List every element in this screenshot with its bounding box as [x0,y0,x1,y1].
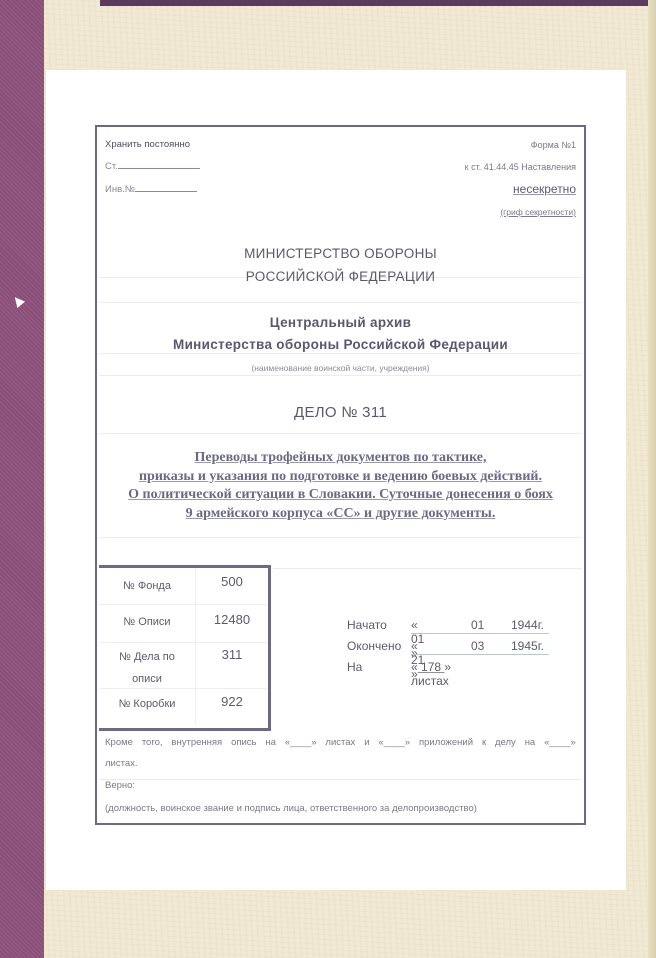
word: на [265,737,276,748]
folder-spine [0,0,44,958]
subject-line: 9 армейского корпуса «СС» и другие докум… [186,506,496,521]
table-border [268,568,271,728]
word: на [525,737,536,748]
word: листах [325,737,355,748]
sheets-value: « 178 » листах [411,660,451,688]
opis-number: 12480 [214,612,250,627]
case-cover-form: Хранить постоянно Ст. Инв.№ Форма №1 к с… [95,125,586,825]
ruling-line [273,568,582,569]
delo-number: 311 [222,647,243,662]
inv-field: Инв.№ [105,184,197,195]
st-label: Ст. [105,161,118,172]
table-row: № Описи 12480 [99,604,268,643]
ruling-line [99,433,582,434]
sheet-number: 178 [421,660,441,674]
finished-label: Окончено [347,639,401,653]
subject-line: О политической ситуации в Словакии. Суто… [128,487,553,502]
inventory-statement-end: листах. [105,758,138,769]
attachment-sheets-blank: «____» [544,737,576,748]
inventory-statement: Кроме того, внутренняя опись на «____» л… [105,737,576,748]
responsible-caption: (должность, воинское звание и подпись ли… [105,803,477,814]
ruling-line [99,537,582,538]
archive-caption: (наименование воинской части, учреждения… [97,363,584,373]
fond-label: № Фонда [99,575,195,597]
word: делу [495,737,516,748]
opis-label: № Описи [99,611,195,633]
ruling-line [99,375,582,376]
ruling-line [99,302,582,303]
fond-number: 500 [221,574,243,589]
box-label: № Коробки [99,693,195,715]
finished-year: 1945г. [511,639,544,653]
sheets-count: 178 [418,660,445,674]
identifiers-table: № Фонда 500 № Описи 12480 № Дела по опис… [99,565,271,731]
ministry-line-1: МИНИСТЕРСТВО ОБОРОНЫ [97,246,584,261]
started-label: Начато [347,618,387,632]
fond-value: 500 [195,568,268,604]
word: опись [231,737,256,748]
started-month: 01 [471,618,484,632]
delo-label: № Дела по описи [99,646,195,690]
table-row: № Дела по описи 311 [99,642,268,689]
inv-label: Инв.№ [105,184,135,195]
word: к [482,737,486,748]
box-number: 922 [221,694,243,709]
classification-stamp: несекретно [513,182,576,196]
case-title: ДЕЛО № 311 [97,404,584,421]
archive-line-1: Центральный архив [97,315,584,330]
attachments-blank: «____» [378,737,410,748]
word: внутренняя [171,737,222,748]
verified-label: Верно: [105,780,135,791]
word: того, [142,737,163,748]
started-year: 1944г. [511,618,544,632]
ruling-line [99,779,582,780]
sheets-label: На [347,660,362,674]
folder-top-edge [100,0,656,6]
word: приложений [419,737,473,748]
subject-line: приказы и указания по подготовке и веден… [139,469,542,484]
box-value: 922 [195,688,268,725]
ministry-line-2: РОССИЙСКОЙ ФЕДЕРАЦИИ [97,269,584,284]
quote-open: « [411,660,418,674]
word: Кроме [105,737,133,748]
ruling-line [99,353,582,354]
st-field: Ст. [105,161,200,172]
storage-period: Хранить постоянно [105,139,190,150]
word: и [364,737,369,748]
table-row: № Фонда 500 [99,568,268,605]
st-blank [118,168,200,169]
inventory-sheets-blank: «____» [285,737,317,748]
delo-value: 311 [195,642,268,688]
folder-right-edge [648,0,656,958]
inv-blank [135,191,197,192]
classification-caption: (гриф секретности) [500,207,576,217]
case-subject: Переводы трофейных документов по тактике… [97,449,584,523]
date-underline [411,654,549,655]
finished-month: 03 [471,639,484,653]
form-number: Форма №1 [531,140,576,150]
subject-line: Переводы трофейных документов по тактике… [194,450,486,465]
table-row: № Коробки 922 [99,688,268,725]
regulation-reference: к ст. 41.44.45 Наставления [465,162,576,172]
date-underline [411,633,549,634]
archive-line-2: Министерства обороны Российской Федераци… [97,337,584,352]
opis-value: 12480 [195,604,268,642]
